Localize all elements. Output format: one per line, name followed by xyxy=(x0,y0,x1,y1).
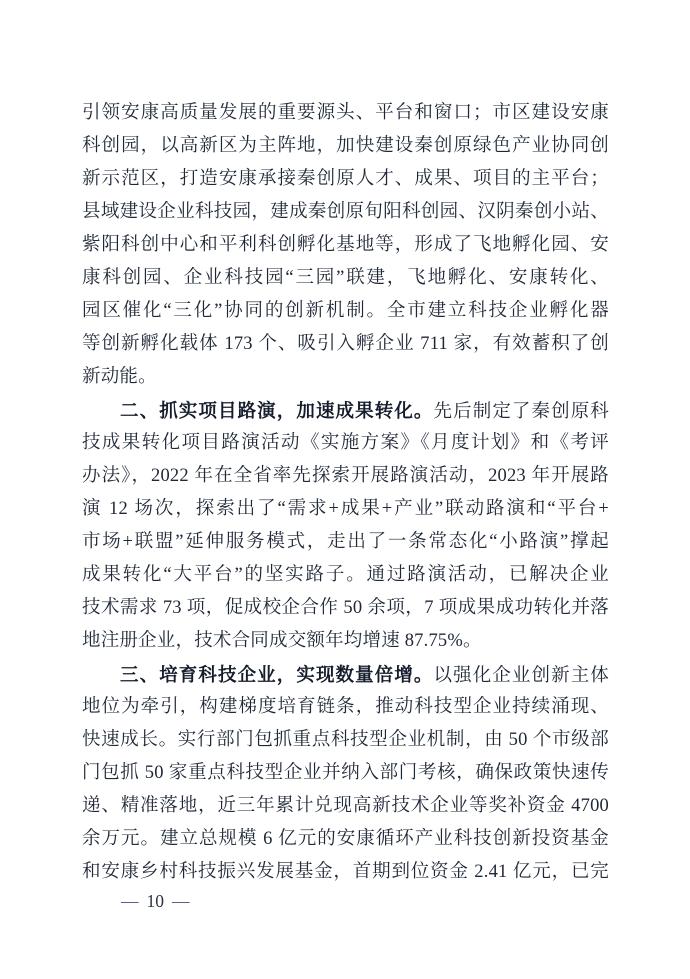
text-line: 技成果转化项目路演活动《实施方案》《月度计划》和《考评 xyxy=(82,427,609,460)
text-line: 康科创园、企业科技园“三园”联建，飞地孵化、安康转化、 xyxy=(82,262,609,295)
text-line: 二、抓实项目路演，加速成果转化。先后制定了秦创原科 xyxy=(82,394,609,427)
text-line: 科创园，以高新区为主阵地，加快建设秦创原绿色产业协同创 xyxy=(82,130,609,163)
body-text: 新动能。 xyxy=(82,367,157,387)
body-text: 演 12 场次，探索出了“需求+成果+产业”联动路演和“平台+ xyxy=(82,499,609,519)
paragraph: 三、培育科技企业，实现数量倍增。以强化企业创新主体地位为牵引，构建梯度培育链条，… xyxy=(82,658,609,889)
body-text: 园区催化“三化”协同的创新机制。全市建立科技企业孵化器 xyxy=(82,301,609,321)
body-text: 递、精准落地，近三年累计兑现高新技术企业等奖补资金 4700 xyxy=(82,796,609,816)
text-line: 递、精准落地，近三年累计兑现高新技术企业等奖补资金 4700 xyxy=(82,790,609,823)
footer-dash-right: — xyxy=(172,891,190,911)
body-text: 先后制定了秦创原科 xyxy=(434,402,609,422)
body-text: 紫阳科创中心和平利科创孵化基地等，形成了飞地孵化园、安 xyxy=(82,235,609,255)
paragraph: 二、抓实项目路演，加速成果转化。先后制定了秦创原科技成果转化项目路演活动《实施方… xyxy=(82,394,609,658)
body-text: 门包抓 50 家重点科技型企业并纳入部门考核，确保政策快速传 xyxy=(82,763,609,783)
body-text: 县域建设企业科技园，建成秦创原旬阳科创园、汉阴秦创小站、 xyxy=(82,202,609,222)
text-line: 紫阳科创中心和平利科创孵化基地等，形成了飞地孵化园、安 xyxy=(82,229,609,262)
text-line: 演 12 场次，探索出了“需求+成果+产业”联动路演和“平台+ xyxy=(82,493,609,526)
section-heading: 三、培育科技企业，实现数量倍增。 xyxy=(120,664,434,685)
body-text: 地注册企业，技术合同成交额年均增速 87.75%。 xyxy=(82,631,482,651)
body-text: 康科创园、企业科技园“三园”联建，飞地孵化、安康转化、 xyxy=(82,268,609,288)
page-footer: —10— xyxy=(121,889,190,913)
body-text: 技成果转化项目路演活动《实施方案》《月度计划》和《考评 xyxy=(82,433,609,453)
body-text: 等创新孵化载体 173 个、吸引入孵企业 711 家，有效蓄积了创 xyxy=(82,334,609,354)
text-line: 余万元。建立总规模 6 亿元的安康循环产业科技创新投资基金 xyxy=(82,823,609,856)
text-line: 新示范区，打造安康承接秦创原人才、成果、项目的主平台； xyxy=(82,163,609,196)
text-line: 县域建设企业科技园，建成秦创原旬阳科创园、汉阴秦创小站、 xyxy=(82,196,609,229)
text-line: 门包抓 50 家重点科技型企业并纳入部门考核，确保政策快速传 xyxy=(82,757,609,790)
body-text: 快速成长。实行部门包抓重点科技型企业机制，由 50 个市级部 xyxy=(82,730,609,750)
text-line: 三、培育科技企业，实现数量倍增。以强化企业创新主体 xyxy=(82,658,609,691)
text-line: 市场+联盟”延伸服务模式，走出了一条常态化“小路演”撑起 xyxy=(82,526,609,559)
text-line: 等创新孵化载体 173 个、吸引入孵企业 711 家，有效蓄积了创 xyxy=(82,328,609,361)
body-text: 和安康乡村科技振兴发展基金，首期到位资金 2.41 亿元，已完 xyxy=(82,862,609,882)
text-line: 新动能。 xyxy=(82,361,609,394)
text-line: 地注册企业，技术合同成交额年均增速 87.75%。 xyxy=(82,625,609,658)
text-line: 技术需求 73 项，促成校企合作 50 余项，7 项成果成功转化并落 xyxy=(82,592,609,625)
body-text: 市场+联盟”延伸服务模式，走出了一条常态化“小路演”撑起 xyxy=(82,532,609,552)
text-line: 地位为牵引，构建梯度培育链条，推动科技型企业持续涌现、 xyxy=(82,691,609,724)
text-line: 园区催化“三化”协同的创新机制。全市建立科技企业孵化器 xyxy=(82,295,609,328)
body-text: 技术需求 73 项，促成校企合作 50 余项，7 项成果成功转化并落 xyxy=(82,598,609,618)
body-text: 地位为牵引，构建梯度培育链条，推动科技型企业持续涌现、 xyxy=(82,697,609,717)
text-line: 办法》，2022 年在全省率先探索开展路演活动，2023 年开展路 xyxy=(82,460,609,493)
body-text: 办法》，2022 年在全省率先探索开展路演活动，2023 年开展路 xyxy=(82,466,609,486)
text-line: 成果转化“大平台”的坚实路子。通过路演活动，已解决企业 xyxy=(82,559,609,592)
body-text: 成果转化“大平台”的坚实路子。通过路演活动，已解决企业 xyxy=(82,565,609,585)
body-text: 新示范区，打造安康承接秦创原人才、成果、项目的主平台； xyxy=(82,169,609,189)
text-line: 快速成长。实行部门包抓重点科技型企业机制，由 50 个市级部 xyxy=(82,724,609,757)
paragraph: 引领安康高质量发展的重要源头、平台和窗口；市区建设安康科创园，以高新区为主阵地，… xyxy=(82,97,609,394)
document-page: 引领安康高质量发展的重要源头、平台和窗口；市区建设安康科创园，以高新区为主阵地，… xyxy=(0,0,690,979)
body-text: 引领安康高质量发展的重要源头、平台和窗口；市区建设安康 xyxy=(82,103,609,123)
section-heading: 二、抓实项目路演，加速成果转化。 xyxy=(120,400,434,421)
body-text: 科创园，以高新区为主阵地，加快建设秦创原绿色产业协同创 xyxy=(82,136,609,156)
body-text: 余万元。建立总规模 6 亿元的安康循环产业科技创新投资基金 xyxy=(82,829,609,849)
text-line: 和安康乡村科技振兴发展基金，首期到位资金 2.41 亿元，已完 xyxy=(82,856,609,889)
page-number: 10 xyxy=(147,891,165,911)
body-text: 以强化企业创新主体 xyxy=(434,666,609,686)
text-block: 引领安康高质量发展的重要源头、平台和窗口；市区建设安康科创园，以高新区为主阵地，… xyxy=(82,97,609,889)
footer-dash-left: — xyxy=(121,891,139,911)
text-line: 引领安康高质量发展的重要源头、平台和窗口；市区建设安康 xyxy=(82,97,609,130)
